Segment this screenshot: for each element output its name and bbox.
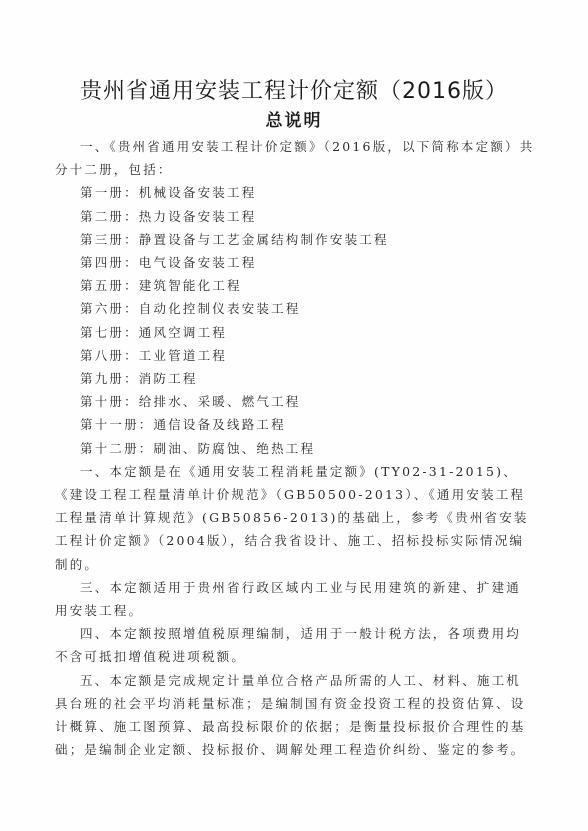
volume-item: 第十一册：通信设备及线路工程 [55,413,535,436]
volume-item: 第七册：通风空调工程 [55,321,535,344]
paragraph-purpose: 五、本定额是完成规定计量单位合格产品所需的人工、材料、施工机具台班的社会平均消耗… [55,669,535,762]
paragraph-vat: 四、本定额按照增值税原理编制，适用于一般计税方法，各项费用均不含可抵扣增值税进项… [55,622,535,668]
document-subtitle: 总说明 [0,106,588,131]
document-title: 贵州省通用安装工程计价定额（2016版） [0,74,588,105]
volume-item: 第十册：给排水、采暖、燃气工程 [55,390,535,413]
volume-list: 第一册：机械设备安装工程 第二册：热力设备安装工程 第三册：静置设备与工艺金属结… [55,181,535,459]
intro-paragraph: 一、《贵州省通用安装工程计价定额》（2016版，以下简称本定额）共分十二册，包括… [55,135,535,181]
volume-item: 第六册：自动化控制仪表安装工程 [55,297,535,320]
volume-item: 第四册：电气设备安装工程 [55,251,535,274]
document-page: 贵州省通用安装工程计价定额（2016版） 总说明 一、《贵州省通用安装工程计价定… [0,0,588,831]
volume-item: 第九册：消防工程 [55,367,535,390]
paragraph-scope: 三、本定额适用于贵州省行政区域内工业与民用建筑的新建、扩建通用安装工程。 [55,576,535,622]
volume-item: 第二册：热力设备安装工程 [55,205,535,228]
volume-item: 第八册：工业管道工程 [55,344,535,367]
volume-item: 第五册：建筑智能化工程 [55,274,535,297]
document-body: 一、《贵州省通用安装工程计价定额》（2016版，以下简称本定额）共分十二册，包括… [55,135,535,761]
paragraph-basis: 一、本定额是在《通用安装工程消耗量定额》(TY02-31-2015)、《建设工程… [55,460,535,576]
volume-item: 第三册：静置设备与工艺金属结构制作安装工程 [55,228,535,251]
volume-item: 第十二册：刷油、防腐蚀、绝热工程 [55,437,535,460]
volume-item: 第一册：机械设备安装工程 [55,181,535,204]
